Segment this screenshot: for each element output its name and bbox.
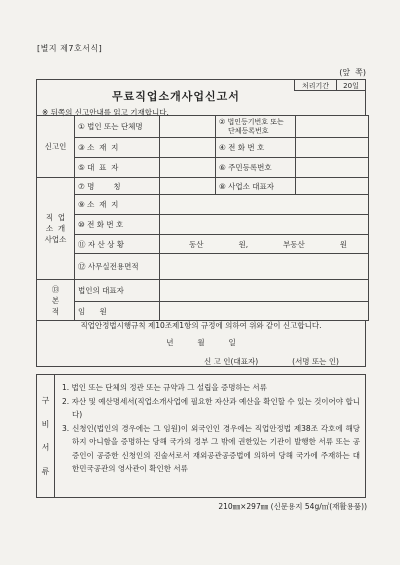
agency-row-office-area: ⑫ 사무실전용면적 (37, 254, 369, 280)
field-value-agency-representative (296, 178, 369, 195)
field-label-declarant-address: ③ 소 재 지 (75, 138, 160, 158)
field-value-declarant-address (160, 138, 216, 158)
main-form-box: 처리기간 20일 무료직업소개사업신고서 ※ 뒤쪽의 신고안내를 읽고 기재합니… (36, 79, 366, 367)
field-label-office-area: ⑫ 사무실전용면적 (75, 254, 160, 280)
required-documents-char-2: 비 (42, 419, 50, 430)
required-document-item-1: 1. 법인 또는 단체의 정관 또는 규약과 그 설립을 증명하는 서류 (62, 381, 360, 395)
field-value-declarant-phone (296, 138, 369, 158)
field-label-resident-number: ⑥ 주민등록번호 (216, 158, 296, 178)
required-documents-char-4: 류 (42, 466, 50, 477)
section-label-required-documents: 구 비 서 류 (37, 375, 55, 497)
field-label-asset-status: ⑪ 자 산 상 황 (75, 235, 160, 254)
agency-row-phone: ⑩ 전 화 번 호 (37, 215, 369, 235)
form-number-note: [별지 제7호서식] (37, 43, 102, 54)
field-value-representative (160, 158, 216, 178)
field-label-agency-address: ⑨ 소 재 지 (75, 195, 160, 215)
field-label-entity-name: ① 법인 또는 단체명 (75, 116, 160, 138)
section-label-declarant: 신고인 (37, 116, 75, 178)
section-label-agency-line2: 소 개 (40, 223, 71, 234)
required-document-item-3: 3. 신청인(법인의 경우에는 그 임원)이 외국인인 경우에는 직업안정법 제… (62, 422, 360, 476)
field-label-agency-representative: ⑧ 사업소 대표자 (216, 178, 296, 195)
declaration-block: 직업안정법시행규칙 제10조제1항의 규정에 의하여 위와 같이 신고합니다. … (37, 320, 365, 367)
section-label-agency: 직 업 소 개 사업소 (37, 178, 75, 280)
declaration-sign-note: (서명 또는 인) (292, 356, 339, 367)
field-label-registration-number: ② 법인등기번호 또는단체등록번호 (216, 116, 296, 138)
section-label-registry-line1: 본 (40, 295, 71, 306)
declaration-signer-label: 신 고 인(대표자) (204, 356, 258, 367)
asset-movable-won-label: 원, (238, 239, 248, 250)
required-documents-char-1: 구 (42, 395, 50, 406)
form-title: 무료직업소개사업신고서 (12, 88, 340, 104)
field-label-registration-number-line1: ② 법인등기번호 또는 (219, 118, 284, 126)
paper-spec-footer: 210㎜×297㎜ (신문용지 54g/㎡(재활용품)) (218, 501, 367, 512)
section-label-registry: ⑬ 본 적 (37, 280, 75, 321)
required-documents-list: 1. 법인 또는 단체의 정관 또는 규약과 그 설립을 증명하는 서류 2. … (55, 375, 365, 497)
declaration-date-line: 년 월 일 (37, 337, 365, 348)
field-label-officers-domicile: 임 원 (75, 302, 160, 321)
field-label-registration-number-line2: 단체등록번호 (219, 127, 292, 136)
agency-row-name: 직 업 소 개 사업소 ⑦ 명 칭 ⑧ 사업소 대표자 (37, 178, 369, 195)
field-value-corp-representative-domicile (160, 280, 369, 302)
page-side-label: (앞 쪽) (339, 67, 366, 78)
declaration-statement: 직업안정법시행규칙 제10조제1항의 규정에 의하여 위와 같이 신고합니다. (37, 320, 365, 331)
field-value-agency-address (160, 195, 369, 215)
section-label-registry-line2: 적 (40, 306, 71, 317)
field-value-office-area (160, 254, 369, 280)
registry-row-1: ⑬ 본 적 법인의 대표자 (37, 280, 369, 302)
form-fields-table: 신고인 ① 법인 또는 단체명 ② 법인등기번호 또는단체등록번호 ③ 소 재 … (36, 115, 369, 321)
required-documents-box: 구 비 서 류 1. 법인 또는 단체의 정관 또는 규약과 그 설립을 증명하… (36, 374, 366, 498)
field-value-entity-name (160, 116, 216, 138)
field-label-declarant-phone: ④ 전 화 번 호 (216, 138, 296, 158)
asset-immovable-label: 부동산 (283, 239, 305, 250)
asset-movable-label: 동산 (189, 239, 204, 250)
required-documents-char-3: 서 (42, 442, 50, 453)
field-value-agency-phone (160, 215, 369, 235)
scanned-form-page: [별지 제7호서식] (앞 쪽) 처리기간 20일 무료직업소개사업신고서 ※ … (0, 0, 400, 565)
section-label-agency-line1: 직 업 (40, 212, 71, 223)
field-label-agency-name: ⑦ 명 칭 (75, 178, 160, 195)
field-value-officers-domicile (160, 302, 369, 321)
agency-row-address: ⑨ 소 재 지 (37, 195, 369, 215)
declarant-row-1: 신고인 ① 법인 또는 단체명 ② 법인등기번호 또는단체등록번호 (37, 116, 369, 138)
processing-period-value: 20일 (336, 79, 366, 91)
agency-row-assets: ⑪ 자 산 상 황 동산 원, 부동산 원 (37, 235, 369, 254)
asset-status-units: 동산 원, 부동산 원 (163, 239, 365, 250)
field-value-asset-status: 동산 원, 부동산 원 (160, 235, 369, 254)
declarant-row-3: ⑤ 대 표 자 ⑥ 주민등록번호 (37, 158, 369, 178)
section-label-registry-number: ⑬ (40, 284, 71, 295)
field-value-resident-number (296, 158, 369, 178)
field-label-representative: ⑤ 대 표 자 (75, 158, 160, 178)
declarant-row-2: ③ 소 재 지 ④ 전 화 번 호 (37, 138, 369, 158)
required-document-item-2: 2. 자산 및 예산명세서(직업소개사업에 필요한 자산과 예산을 확인할 수 … (62, 395, 360, 422)
declaration-sign-line: 신 고 인(대표자) (서명 또는 인) (37, 356, 365, 367)
field-label-agency-phone: ⑩ 전 화 번 호 (75, 215, 160, 235)
field-label-corp-representative-domicile: 법인의 대표자 (75, 280, 160, 302)
field-value-agency-name (160, 178, 216, 195)
registry-row-2: 임 원 (37, 302, 369, 321)
asset-immovable-won-label: 원 (340, 239, 347, 250)
field-value-registration-number (296, 116, 369, 138)
section-label-agency-line3: 사업소 (40, 234, 71, 245)
